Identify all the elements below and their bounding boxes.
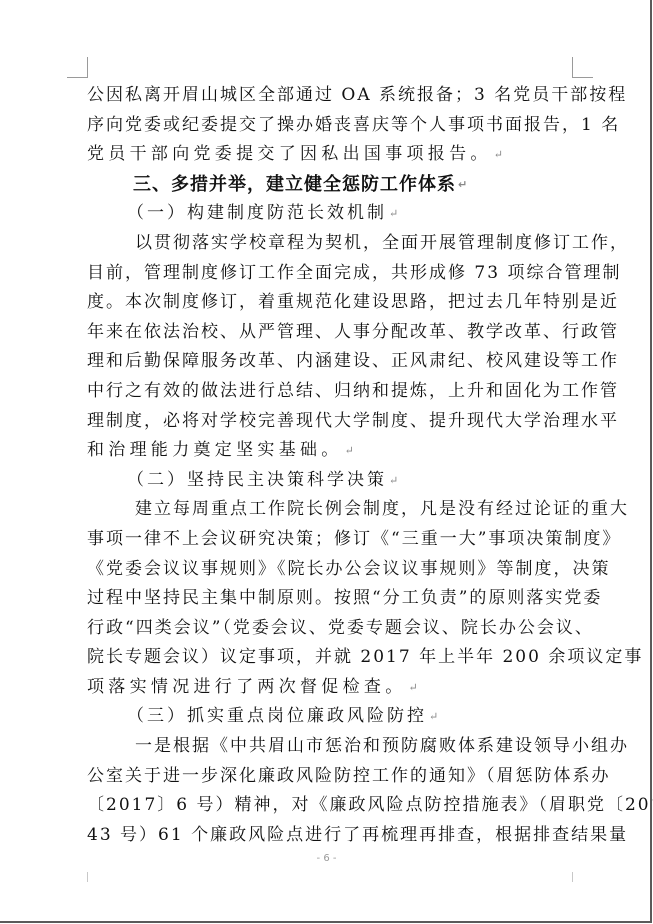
line-text: 43 号）61 个廉政风险点进行了再梳理再排查，根据排查结果量 [87, 821, 573, 851]
line-text: 建立每周重点工作院长例会制度，凡是没有经过论证的重大 [135, 495, 573, 525]
paragraph-line: 序向党委或纪委提交了操办婚丧喜庆等个人事项书面报告，1 名 [87, 111, 573, 141]
paragraph-line: 公室关于进一步深化廉政风险防控工作的通知》（眉惩防体系办 [87, 762, 573, 792]
paragraph-line-first: 建立每周重点工作院长例会制度，凡是没有经过论证的重大 [87, 495, 573, 525]
paragraph-line: 度。本次制度修订，着重规范化建设思路，把过去几年特别是近 [87, 288, 573, 318]
paragraph-line: 中行之有效的做法进行总结、归纳和提炼，上升和固化为工作管 [87, 377, 573, 407]
paragraph-line: 目前，管理制度修订工作全面完成，共形成修 73 项综合管理制 [87, 259, 573, 289]
paragraph-mark-icon: ↵ [458, 170, 467, 200]
line-text: 一是根据《中共眉山市惩治和预防腐败体系建设领导小组办 [135, 732, 573, 762]
paragraph-line: 过程中坚持民主集中制原则。按照“分工负责”的原则落实党委 [87, 584, 573, 614]
line-text: 三、多措并举，建立健全惩防工作体系 [133, 170, 456, 200]
paragraph-line: 行政“四类会议”（党委会议、党委专题会议、院长办公会议、 [87, 614, 573, 644]
margin-corner-bottom-left [67, 872, 88, 882]
line-text: 公室关于进一步深化廉政风险防控工作的通知》（眉惩防体系办 [87, 762, 573, 792]
paragraph-mark-icon: ↵ [409, 673, 418, 703]
line-text: 党员干部向党委提交了因私出国事项报告。 [87, 140, 492, 170]
paragraph-line: 公因私离开眉山城区全部通过 OA 系统报备；3 名党员干部按程 [87, 81, 573, 111]
paragraph-mark-icon: ↵ [345, 436, 354, 466]
subsection-heading: （二）坚持民主决策科学决策↵ [87, 466, 573, 496]
paragraph-mark-icon: ↵ [389, 199, 398, 229]
paragraph-mark-icon: ↵ [389, 466, 398, 496]
line-text: 度。本次制度修订，着重规范化建设思路，把过去几年特别是近 [87, 288, 573, 318]
paragraph-line-last: 和治理能力奠定坚实基础。↵ [87, 436, 573, 466]
line-text: （三）抓实重点岗位廉政风险防控 [127, 702, 427, 732]
subsection-heading: （三）抓实重点岗位廉政风险防控↵ [87, 702, 573, 732]
paragraph-line-last: 项落实情况进行了两次督促检查。↵ [87, 673, 573, 703]
paragraph-line: 年来在依法治校、从严管理、人事分配改革、教学改革、行政管 [87, 318, 573, 348]
line-text: 院长专题会议）议定事项，并就 2017 年上半年 200 余项议定事 [87, 643, 573, 673]
line-text: 项落实情况进行了两次督促检查。 [87, 673, 407, 703]
paragraph-line: 〔2017〕6 号）精神，对《廉政风险点防控措施表》（眉职党〔2016〕 [87, 791, 573, 821]
paragraph-line: 事项一律不上会议研究决策；修订《“三重一大”事项决策制度》 [87, 525, 573, 555]
line-text: 《党委会议议事规则》《院长办公会议议事规则》等制度，决策 [87, 555, 573, 585]
document-page: 公因私离开眉山城区全部通过 OA 系统报备；3 名党员干部按程序向党委或纪委提交… [0, 0, 652, 923]
line-text: 和治理能力奠定坚实基础。 [87, 436, 343, 466]
line-text: 中行之有效的做法进行总结、归纳和提炼，上升和固化为工作管 [87, 377, 573, 407]
line-text: 年来在依法治校、从严管理、人事分配改革、教学改革、行政管 [87, 318, 573, 348]
line-text: 理制度，必将对学校完善现代大学制度、提升现代大学治理水平 [87, 407, 573, 437]
page-number: - 6 - [0, 853, 653, 864]
line-text: （一）构建制度防范长效机制 [127, 199, 387, 229]
margin-corner-bottom-right [572, 872, 593, 882]
paragraph-mark-icon: ↵ [429, 702, 438, 732]
paragraph-line: 理制度，必将对学校完善现代大学制度、提升现代大学治理水平 [87, 407, 573, 437]
line-text: 序向党委或纪委提交了操办婚丧喜庆等个人事项书面报告，1 名 [87, 111, 573, 141]
paragraph-line-first: 一是根据《中共眉山市惩治和预防腐败体系建设领导小组办 [87, 732, 573, 762]
paragraph-mark-icon: ↵ [494, 140, 503, 170]
paragraph-line: 43 号）61 个廉政风险点进行了再梳理再排查，根据排查结果量 [87, 821, 573, 851]
paragraph-line-first: 以贯彻落实学校章程为契机，全面开展管理制度修订工作， [87, 229, 573, 259]
line-text: 公因私离开眉山城区全部通过 OA 系统报备；3 名党员干部按程 [87, 81, 573, 111]
section-heading: 三、多措并举，建立健全惩防工作体系↵ [87, 170, 573, 200]
line-text: 以贯彻落实学校章程为契机，全面开展管理制度修订工作， [135, 229, 573, 259]
document-body[interactable]: 公因私离开眉山城区全部通过 OA 系统报备；3 名党员干部按程序向党委或纪委提交… [87, 81, 573, 850]
line-text: 行政“四类会议”（党委会议、党委专题会议、院长办公会议、 [87, 614, 573, 644]
margin-corner-top-left [67, 57, 88, 78]
paragraph-line-last: 党员干部向党委提交了因私出国事项报告。↵ [87, 140, 573, 170]
line-text: 目前，管理制度修订工作全面完成，共形成修 73 项综合管理制 [87, 259, 573, 289]
line-text: 理和后勤保障服务改革、内涵建设、正风肃纪、校风建设等工作 [87, 347, 573, 377]
paragraph-line: 《党委会议议事规则》《院长办公会议议事规则》等制度，决策 [87, 555, 573, 585]
paragraph-line: 理和后勤保障服务改革、内涵建设、正风肃纪、校风建设等工作 [87, 347, 573, 377]
line-text: 过程中坚持民主集中制原则。按照“分工负责”的原则落实党委 [87, 584, 573, 614]
paragraph-line: 院长专题会议）议定事项，并就 2017 年上半年 200 余项议定事 [87, 643, 573, 673]
line-text: 事项一律不上会议研究决策；修订《“三重一大”事项决策制度》 [87, 525, 573, 555]
line-text: （二）坚持民主决策科学决策 [127, 466, 387, 496]
margin-corner-top-right [572, 57, 593, 78]
line-text: 〔2017〕6 号）精神，对《廉政风险点防控措施表》（眉职党〔2016〕 [87, 791, 573, 821]
subsection-heading: （一）构建制度防范长效机制↵ [87, 199, 573, 229]
